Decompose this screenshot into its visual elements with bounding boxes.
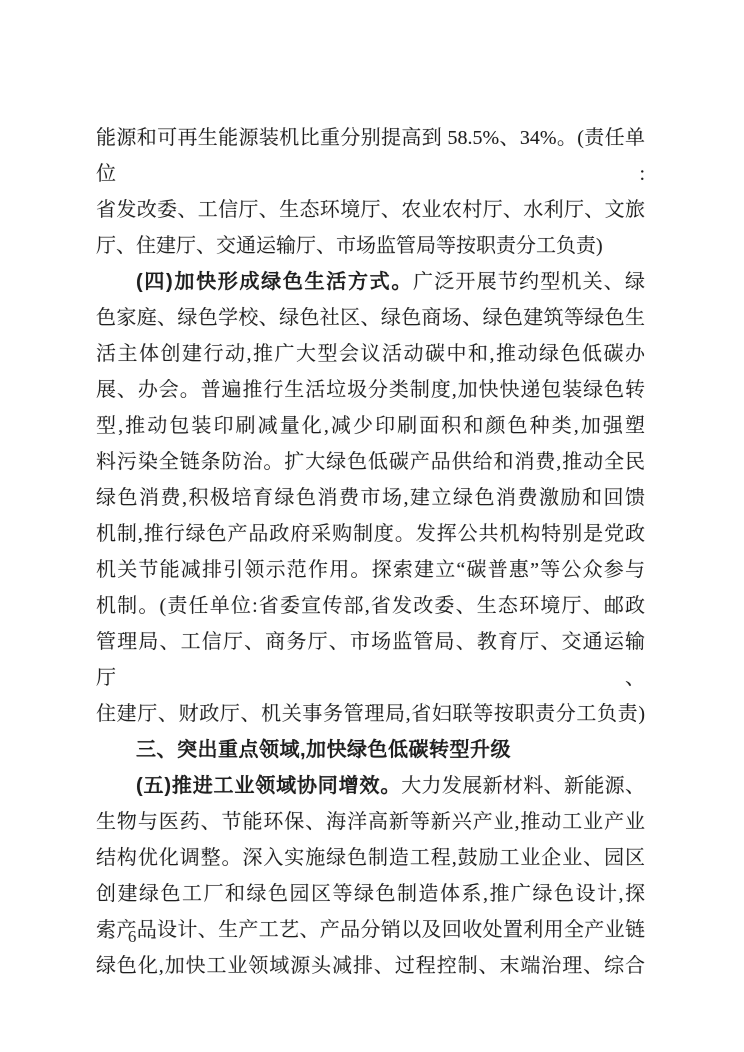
text-run: 机制,推行绿色产品政府采购制度。发挥公共机构特别是党政 [96,523,645,545]
chapter-3-heading: 三、突出重点领域,加快绿色低碳转型升级 [96,732,645,768]
text-run: 住建厅、财政厅、机关事务管理局,省妇联等按职责分工负责) [96,703,645,725]
text-line: 管理局、工信厅、商务厅、市场监管局、教育厅、交通运输厅、 [96,624,645,696]
text-line: 创建绿色工厂和绿色园区等绿色制造体系,推广绿色设计,探 [96,876,645,912]
text-run: 结构优化调整。深入实施绿色制造工程,鼓励工业企业、园区 [96,847,645,869]
text-run: 机关节能减排引领示范作用。探索建立“碳普惠”等公众参与 [96,559,645,581]
text-run: 索产品设计、生产工艺、产品分销以及回收处置利用全产业链 [96,919,645,941]
text-run: 绿色化,加快工业领域源头减排、过程控制、末端治理、综合 [96,955,645,977]
text-line: 料污染全链条防治。扩大绿色低碳产品供给和消费,推动全民 [96,444,645,480]
chapter-title-run: 三、突出重点领域,加快绿色低碳转型升级 [136,739,511,761]
text-run: 活主体创建行动,推广大型会议活动碳中和,推动绿色低碳办 [96,343,645,365]
text-line: 色家庭、绿色学校、绿色社区、绿色商场、绿色建筑等绿色生 [96,300,645,336]
text-line: 厅、住建厅、交通运输厅、市场监管局等按职责分工负责) [96,228,645,264]
text-line: 展、办会。普遍推行生活垃圾分类制度,加快快递包装绿色转 [96,372,645,408]
text-run: 色家庭、绿色学校、绿色社区、绿色商场、绿色建筑等绿色生 [96,307,645,329]
text-run: 大力发展新材料、新能源、 [401,775,645,797]
text-line: 绿色消费,积极培育绿色消费市场,建立绿色消费激励和回馈 [96,480,645,516]
text-run: 厅、住建厅、交通运输厅、市场监管局等按职责分工负责) [96,235,603,257]
section-5-heading-line: (五)推进工业领域协同增效。大力发展新材料、新能源、 [96,768,645,804]
text-run: 展、办会。普遍推行生活垃圾分类制度,加快快递包装绿色转 [96,379,645,401]
text-line: 能源和可再生能源装机比重分别提高到 58.5%、34%。(责任单位: [96,120,645,192]
text-run: 能源和可再生能源装机比重分别提高到 58.5%、34%。(责任单位: [96,127,645,185]
text-line: 索产品设计、生产工艺、产品分销以及回收处置利用全产业链 [96,912,645,948]
text-line: 结构优化调整。深入实施绿色制造工程,鼓励工业企业、园区 [96,840,645,876]
text-line: 活主体创建行动,推广大型会议活动碳中和,推动绿色低碳办 [96,336,645,372]
section-4-heading-line: (四)加快形成绿色生活方式。广泛开展节约型机关、绿 [96,264,645,300]
text-run: 料污染全链条防治。扩大绿色低碳产品供给和消费,推动全民 [96,451,645,473]
text-run: 生物与医药、节能环保、海洋高新等新兴产业,推动工业产业 [96,811,645,833]
document-body: 能源和可再生能源装机比重分别提高到 58.5%、34%。(责任单位: 省发改委、… [96,120,645,984]
text-line: 机制,推行绿色产品政府采购制度。发挥公共机构特别是党政 [96,516,645,552]
document-page: 能源和可再生能源装机比重分别提高到 58.5%、34%。(责任单位: 省发改委、… [0,0,744,1052]
text-run: 管理局、工信厅、商务厅、市场监管局、教育厅、交通运输厅、 [96,631,645,689]
text-line: 生物与医药、节能环保、海洋高新等新兴产业,推动工业产业 [96,804,645,840]
text-run: 创建绿色工厂和绿色园区等绿色制造体系,推广绿色设计,探 [96,883,645,905]
text-run: 型,推动包装印刷减量化,减少印刷面积和颜色种类,加强塑 [96,415,645,437]
text-line: 机制。(责任单位:省委宣传部,省发改委、生态环境厅、邮政 [96,588,645,624]
text-line: 机关节能减排引领示范作用。探索建立“碳普惠”等公众参与 [96,552,645,588]
text-line: 绿色化,加快工业领域源头减排、过程控制、末端治理、综合 [96,948,645,984]
page-number: - 6 - [108,927,161,947]
text-run: 机制。(责任单位:省委宣传部,省发改委、生态环境厅、邮政 [96,595,645,617]
text-run: 省发改委、工信厅、生态环境厅、农业农村厅、水利厅、文旅 [96,199,645,221]
section-title-run: (五)推进工业领域协同增效。 [136,775,401,797]
section-title-run: (四)加快形成绿色生活方式。 [136,271,413,293]
text-line: 型,推动包装印刷减量化,减少印刷面积和颜色种类,加强塑 [96,408,645,444]
text-line: 省发改委、工信厅、生态环境厅、农业农村厅、水利厅、文旅 [96,192,645,228]
text-run: 绿色消费,积极培育绿色消费市场,建立绿色消费激励和回馈 [96,487,645,509]
text-line: 住建厅、财政厅、机关事务管理局,省妇联等按职责分工负责) [96,696,645,732]
text-run: 广泛开展节约型机关、绿 [413,271,645,293]
